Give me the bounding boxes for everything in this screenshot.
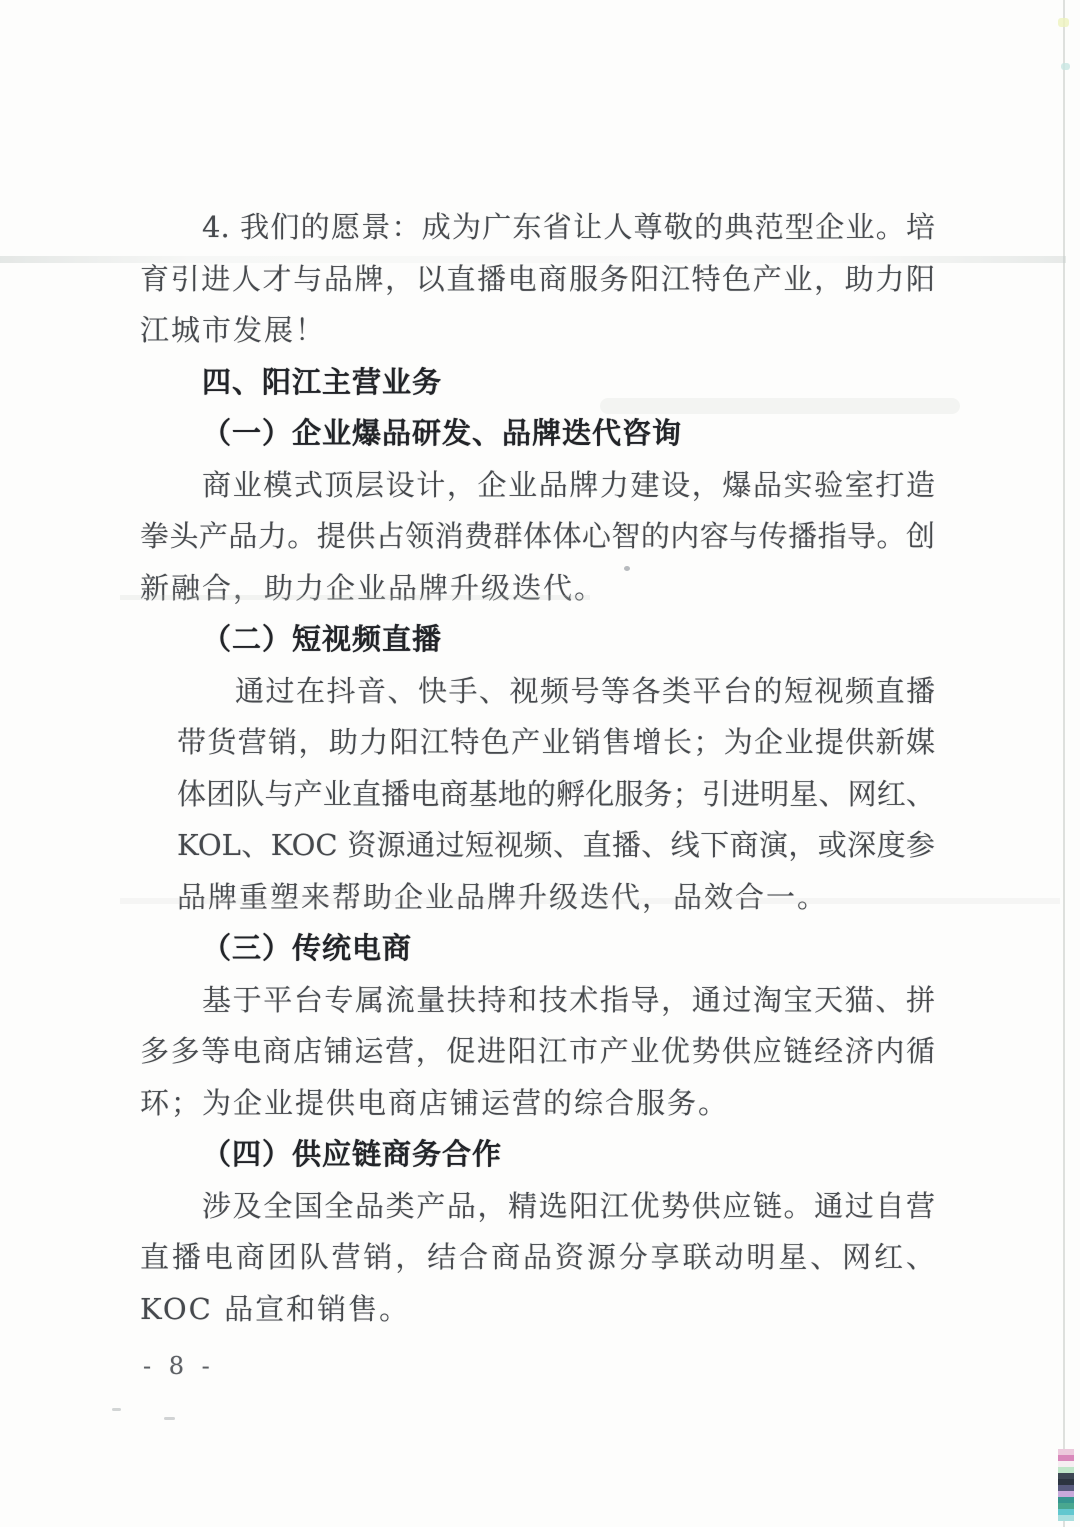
section-heading: 四、阳江主营业务 xyxy=(140,357,935,409)
text-line: 品牌重塑来帮助企业品牌升级迭代，品效合一。 xyxy=(140,872,935,924)
scan-speck xyxy=(1061,63,1070,70)
text-line: 环；为企业提供电商店铺运营的综合服务。 xyxy=(140,1078,935,1130)
section-heading: （一）企业爆品研发、品牌迭代咨询 xyxy=(140,408,935,460)
text-line: 育引进人才与品牌，以直播电商服务阳江特色产业，助力阳 xyxy=(140,254,935,306)
scan-speck xyxy=(112,1408,121,1411)
text-line: 通过在抖音、快手、视频号等各类平台的短视频直播 xyxy=(140,666,935,718)
text-line: 带货营销，助力阳江特色产业销售增长；为企业提供新媒 xyxy=(140,717,935,769)
page-number: - 8 - xyxy=(143,1352,215,1380)
text-line: 商业模式顶层设计，企业品牌力建设，爆品实验室打造 xyxy=(140,460,935,512)
scan-edge-line xyxy=(1063,0,1065,1527)
document-page: 4. 我们的愿景：成为广东省让人尊敬的典范型企业。培育引进人才与品牌，以直播电商… xyxy=(0,0,1080,1527)
section-heading: （三）传统电商 xyxy=(140,923,935,975)
text-line: 拳头产品力。提供占领消费群体体心智的内容与传播指导。创 xyxy=(140,511,935,563)
text-line: 直播电商团队营销，结合商品资源分享联动明星、网红、KOL、 xyxy=(140,1232,935,1284)
color-strip-segment xyxy=(1058,1515,1074,1521)
scan-speck xyxy=(1058,18,1069,27)
text-line: 4. 我们的愿景：成为广东省让人尊敬的典范型企业。培 xyxy=(140,202,935,254)
text-line: KOL、KOC 资源通过短视频、直播、线下商演，或深度参与 xyxy=(140,820,935,872)
document-body: 4. 我们的愿景：成为广东省让人尊敬的典范型企业。培育引进人才与品牌，以直播电商… xyxy=(140,202,935,1335)
section-heading: （四）供应链商务合作 xyxy=(140,1129,935,1181)
text-line: KOC 品宣和销售。 xyxy=(140,1284,935,1336)
scan-speck xyxy=(624,566,630,571)
text-line: 基于平台专属流量扶持和技术指导，通过淘宝天猫、拼 xyxy=(140,975,935,1027)
scan-color-strip xyxy=(1058,1449,1074,1521)
text-line: 涉及全国全品类产品，精选阳江优势供应链。通过自营 xyxy=(140,1181,935,1233)
scan-speck xyxy=(164,1417,175,1420)
text-line: 多多等电商店铺运营，促进阳江市产业优势供应链经济内循 xyxy=(140,1026,935,1078)
text-line: 体团队与产业直播电商基地的孵化服务；引进明星、网红、 xyxy=(140,769,935,821)
text-line: 新融合，助力企业品牌升级迭代。 xyxy=(140,563,935,615)
text-line: 江城市发展！ xyxy=(140,305,935,357)
section-heading: （二）短视频直播 xyxy=(140,614,935,666)
